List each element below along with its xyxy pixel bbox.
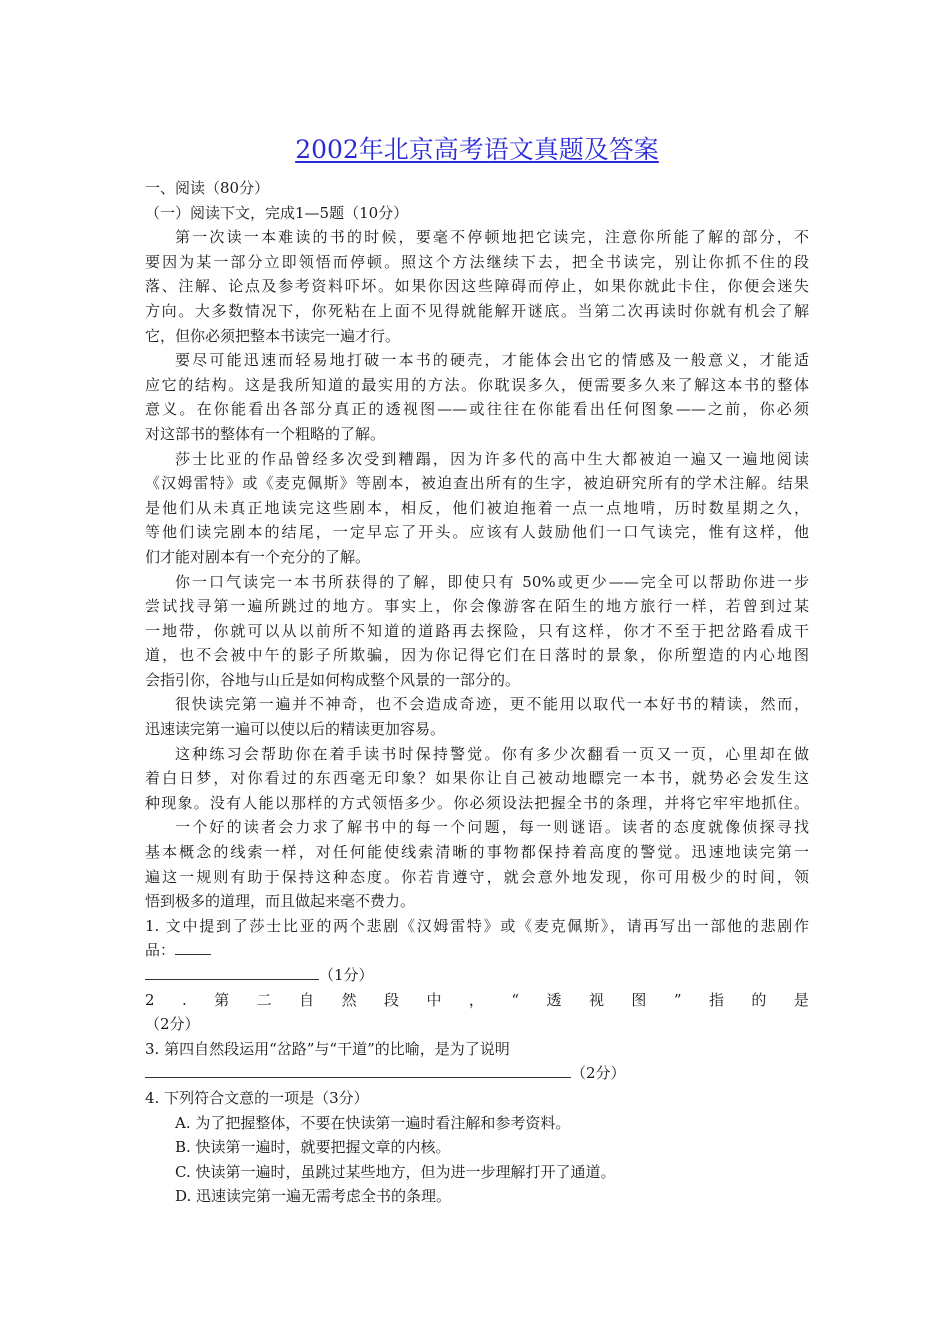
q2-char: “: [511, 988, 519, 1013]
q2-char: 第: [214, 988, 229, 1013]
paragraph-5: 很快读完第一遍并不神奇，也不会造成奇迹，更不能用以取代一本好书的精读，然而， 迅…: [145, 692, 809, 741]
q2-char: 的: [751, 988, 766, 1013]
option-d: D. 迅速读完第一遍无需考虑全书的条理。: [145, 1184, 809, 1209]
paragraph-line: 遍这一规则有助于保持这种态度。你若肯遵守，就会意外地发现，你可用极少的时间，领: [145, 865, 809, 890]
q2-char: ”: [674, 988, 682, 1013]
question-1-answer-line: （1分）: [145, 963, 809, 988]
paragraph-line: 着白日梦，对你看过的东西毫无印象？如果你让自己被动地瞟完一本书，就势必会发生这: [145, 766, 809, 791]
paragraph-line: 会指引你，谷地与山丘是如何构成整个风景的一部分的。: [145, 668, 809, 693]
q2-char: 是: [794, 988, 809, 1013]
question-3-text: 3. 第四自然段运用“岔路”与“干道”的比喻，是为了说明: [145, 1037, 809, 1062]
paragraph-line: 它，但你必须把整本书读完一遍才行。: [145, 324, 809, 349]
q2-char: 视: [589, 988, 604, 1013]
paragraph-line: 是他们从未真正地读完这些剧本，相反，他们被迫拖着一点一点地啃，历时数星期之久，: [145, 496, 809, 521]
answer-blank[interactable]: [145, 1061, 571, 1078]
option-a: A. 为了把握整体，不要在快读第一遍时看注解和参考资料。: [145, 1111, 809, 1136]
q2-char: 段: [384, 988, 399, 1013]
question-1-prompt: 品：: [145, 938, 809, 963]
q2-char: 指: [709, 988, 724, 1013]
paragraph-line: 道，也不会被中午的影子所欺骗，因为你记得它们在日落时的景象，你所塑造的内心地图: [145, 643, 809, 668]
paragraph-line: 要尽可能迅速而轻易地打破一本书的硬壳，才能体会出它的情感及一般意义，才能适: [145, 348, 809, 373]
q2-char: ，: [469, 988, 484, 1013]
paragraph-line: 要因为某一部分立即领悟而停顿。照这个方法继续下去，把全书读完，别让你抓不住的段: [145, 250, 809, 275]
document-title[interactable]: 2002年北京高考语文真题及答案: [145, 133, 809, 167]
paragraph-line: 种现象。没有人能以那样的方式领悟多少。你必须设法把握全书的条理，并将它牢牢地抓住…: [145, 791, 809, 816]
paragraph-line: 第一次读一本难读的书的时候，要毫不停顿地把它读完，注意你所能了解的部分，不: [145, 225, 809, 250]
paragraph-line: 落、注解、论点及参考资料吓坏。如果你因这些障碍而停止，如果你就此卡住，你便会迷失: [145, 274, 809, 299]
section-heading: 一、阅读（80分）: [145, 176, 809, 201]
answer-blank-short[interactable]: [175, 940, 211, 955]
answer-blank[interactable]: [145, 963, 319, 980]
paragraph-line: 悟到极多的道理，而且做起来毫不费力。: [145, 889, 809, 914]
q2-char: .: [182, 988, 187, 1013]
option-b: B. 快读第一遍时，就要把握文章的内核。: [145, 1135, 809, 1160]
question-4: 4. 下列符合文意的一项是（3分） A. 为了把握整体，不要在快读第一遍时看注解…: [145, 1086, 809, 1209]
paragraph-line: 基本概念的线索一样，对任何能使线索清晰的事物都保持着高度的警觉。迅速地读完第一: [145, 840, 809, 865]
question-3-answer-line: （2分）: [145, 1061, 809, 1086]
question-3: 3. 第四自然段运用“岔路”与“干道”的比喻，是为了说明 （2分）: [145, 1037, 809, 1086]
paragraph-2: 要尽可能迅速而轻易地打破一本书的硬壳，才能体会出它的情感及一般意义，才能适 应它…: [145, 348, 809, 446]
q2-char: 透: [546, 988, 561, 1013]
question-2-text: 2 . 第 二 自 然 段 中 ， “ 透 视 图 ” 指 的 是: [145, 988, 809, 1013]
paragraph-6: 这种练习会帮助你在着手读书时保持警觉。你有多少次翻看一页又一页，心里却在做 着白…: [145, 742, 809, 816]
q2-char: 2: [145, 988, 155, 1013]
paragraph-4: 你一口气读完一本书所获得的了解，即使只有 50%或更少——完全可以帮助你进一步 …: [145, 570, 809, 693]
paragraph-line: 《汉姆雷特》或《麦克佩斯》等剧本，被迫查出所有的生字，被迫研究所有的学术注解。结…: [145, 471, 809, 496]
paragraph-line: 对这部书的整体有一个粗略的了解。: [145, 422, 809, 447]
paragraph-1: 第一次读一本难读的书的时候，要毫不停顿地把它读完，注意你所能了解的部分，不 要因…: [145, 225, 809, 348]
question-2-score: （2分）: [145, 1012, 809, 1037]
question-1-score: （1分）: [319, 966, 374, 984]
question-4-text: 4. 下列符合文意的一项是（3分）: [145, 1086, 809, 1111]
question-1-prefix: 品：: [145, 941, 175, 959]
paragraph-line: 们才能对剧本有一个充分的了解。: [145, 545, 809, 570]
q2-char: 二: [257, 988, 272, 1013]
paragraph-line: 这种练习会帮助你在着手读书时保持警觉。你有多少次翻看一页又一页，心里却在做: [145, 742, 809, 767]
paragraph-line: 你一口气读完一本书所获得的了解，即使只有 50%或更少——完全可以帮助你进一步: [145, 570, 809, 595]
document-body: 一、阅读（80分） （一）阅读下文，完成1—5题（10分） 第一次读一本难读的书…: [145, 176, 809, 1209]
paragraph-line: 很快读完第一遍并不神奇，也不会造成奇迹，更不能用以取代一本好书的精读，然而，: [145, 692, 809, 717]
paragraph-line: 意义。在你能看出各部分真正的透视图——或往往在你能看出任何图象——之前，你必须: [145, 397, 809, 422]
subsection-heading: （一）阅读下文，完成1—5题（10分）: [145, 201, 809, 226]
q2-char: 中: [426, 988, 441, 1013]
paragraph-line: 方向。大多数情况下，你死粘在上面不见得就能解开谜底。当第二次再读时你就有机会了解: [145, 299, 809, 324]
question-1: 1. 文中提到了莎士比亚的两个悲剧《汉姆雷特》或《麦克佩斯》，请再写出一部他的悲…: [145, 914, 809, 988]
paragraph-line: 迅速读完第一遍可以使以后的精读更加容易。: [145, 717, 809, 742]
question-3-score: （2分）: [571, 1064, 626, 1082]
question-1-text: 1. 文中提到了莎士比亚的两个悲剧《汉姆雷特》或《麦克佩斯》，请再写出一部他的悲…: [145, 914, 809, 939]
q2-char: 图: [631, 988, 646, 1013]
paragraph-line: 莎士比亚的作品曾经多次受到糟蹋，因为许多代的高中生大都被迫一遍又一遍地阅读: [145, 447, 809, 472]
paragraph-line: 等他们读完剧本的结尾，一定早忘了开头。应该有人鼓励他们一口气读完，惟有这样，他: [145, 520, 809, 545]
paragraph-line: 应它的结构。这是我所知道的最实用的方法。你耽误多久，便需要多久来了解这本书的整体: [145, 373, 809, 398]
q2-char: 自: [299, 988, 314, 1013]
paragraph-line: 一地带，你就可以从以前所不知道的道路再去探险，只有这样，你才不至于把岔路看成干: [145, 619, 809, 644]
option-c: C. 快读第一遍时，虽跳过某些地方，但为进一步理解打开了通道。: [145, 1160, 809, 1185]
question-2: 2 . 第 二 自 然 段 中 ， “ 透 视 图 ” 指 的 是 （2分）: [145, 988, 809, 1037]
q2-char: 然: [342, 988, 357, 1013]
paragraph-3: 莎士比亚的作品曾经多次受到糟蹋，因为许多代的高中生大都被迫一遍又一遍地阅读 《汉…: [145, 447, 809, 570]
paragraph-line: 尝试找寻第一遍所跳过的地方。事实上，你会像游客在陌生的地方旅行一样，若曾到过某: [145, 594, 809, 619]
paragraph-7: 一个好的读者会力求了解书中的每一个问题，每一则谜语。读者的态度就像侦探寻找 基本…: [145, 815, 809, 913]
paragraph-line: 一个好的读者会力求了解书中的每一个问题，每一则谜语。读者的态度就像侦探寻找: [145, 815, 809, 840]
